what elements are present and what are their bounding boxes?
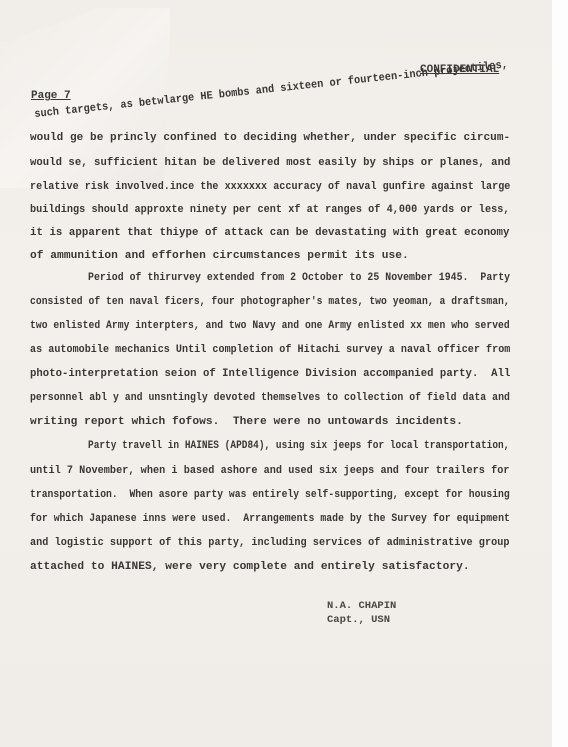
text-line: would ge be princly confined to deciding…	[30, 133, 510, 144]
text-line: relative risk involved.ince the xxxxxxx …	[30, 182, 510, 193]
text-line: such targets, as betwlarge HE bombs and …	[34, 60, 509, 121]
text-line: Party travell in HAINES (APD84), using s…	[88, 441, 509, 452]
signature-name: N.A. CHAPIN	[327, 600, 396, 612]
text-line: transportation. When asore party was ent…	[30, 490, 510, 501]
text-line: it is apparent that thiype of attack can…	[30, 228, 509, 239]
text-line: personnel abl y and unsntingly devoted t…	[30, 393, 510, 404]
text-line: of ammunition and efforhen circumstances…	[30, 251, 409, 262]
text-line: two enlisted Army interpters, and two Na…	[30, 321, 510, 332]
text-line: attached to HAINES, were very complete a…	[30, 562, 470, 573]
text-line: would se, sufficient hitan be delivered …	[30, 158, 510, 169]
text-line: Period of thirurvey extended from 2 Octo…	[88, 273, 510, 284]
document-page: CONFIDENTIAL Page 7 such targets, as bet…	[0, 0, 552, 747]
signature-title: Capt., USN	[327, 614, 390, 626]
text-line: and logistic support of this party, incl…	[30, 538, 510, 549]
text-line: buildings should approxte ninety per cen…	[30, 205, 510, 216]
text-line: for which Japanese inns were used. Arran…	[30, 514, 510, 525]
text-line: as automobile mechanics Until completion…	[30, 345, 510, 356]
scan-edge	[552, 0, 568, 747]
text-line: writing report which fofows. There were …	[30, 417, 463, 428]
text-line: until 7 November, when i based ashore an…	[30, 466, 510, 477]
page-number-label: Page 7	[31, 90, 71, 102]
text-line: photo-interpretation seion of Intelligen…	[30, 369, 510, 380]
text-line: consisted of ten naval ficers, four phot…	[30, 297, 510, 308]
